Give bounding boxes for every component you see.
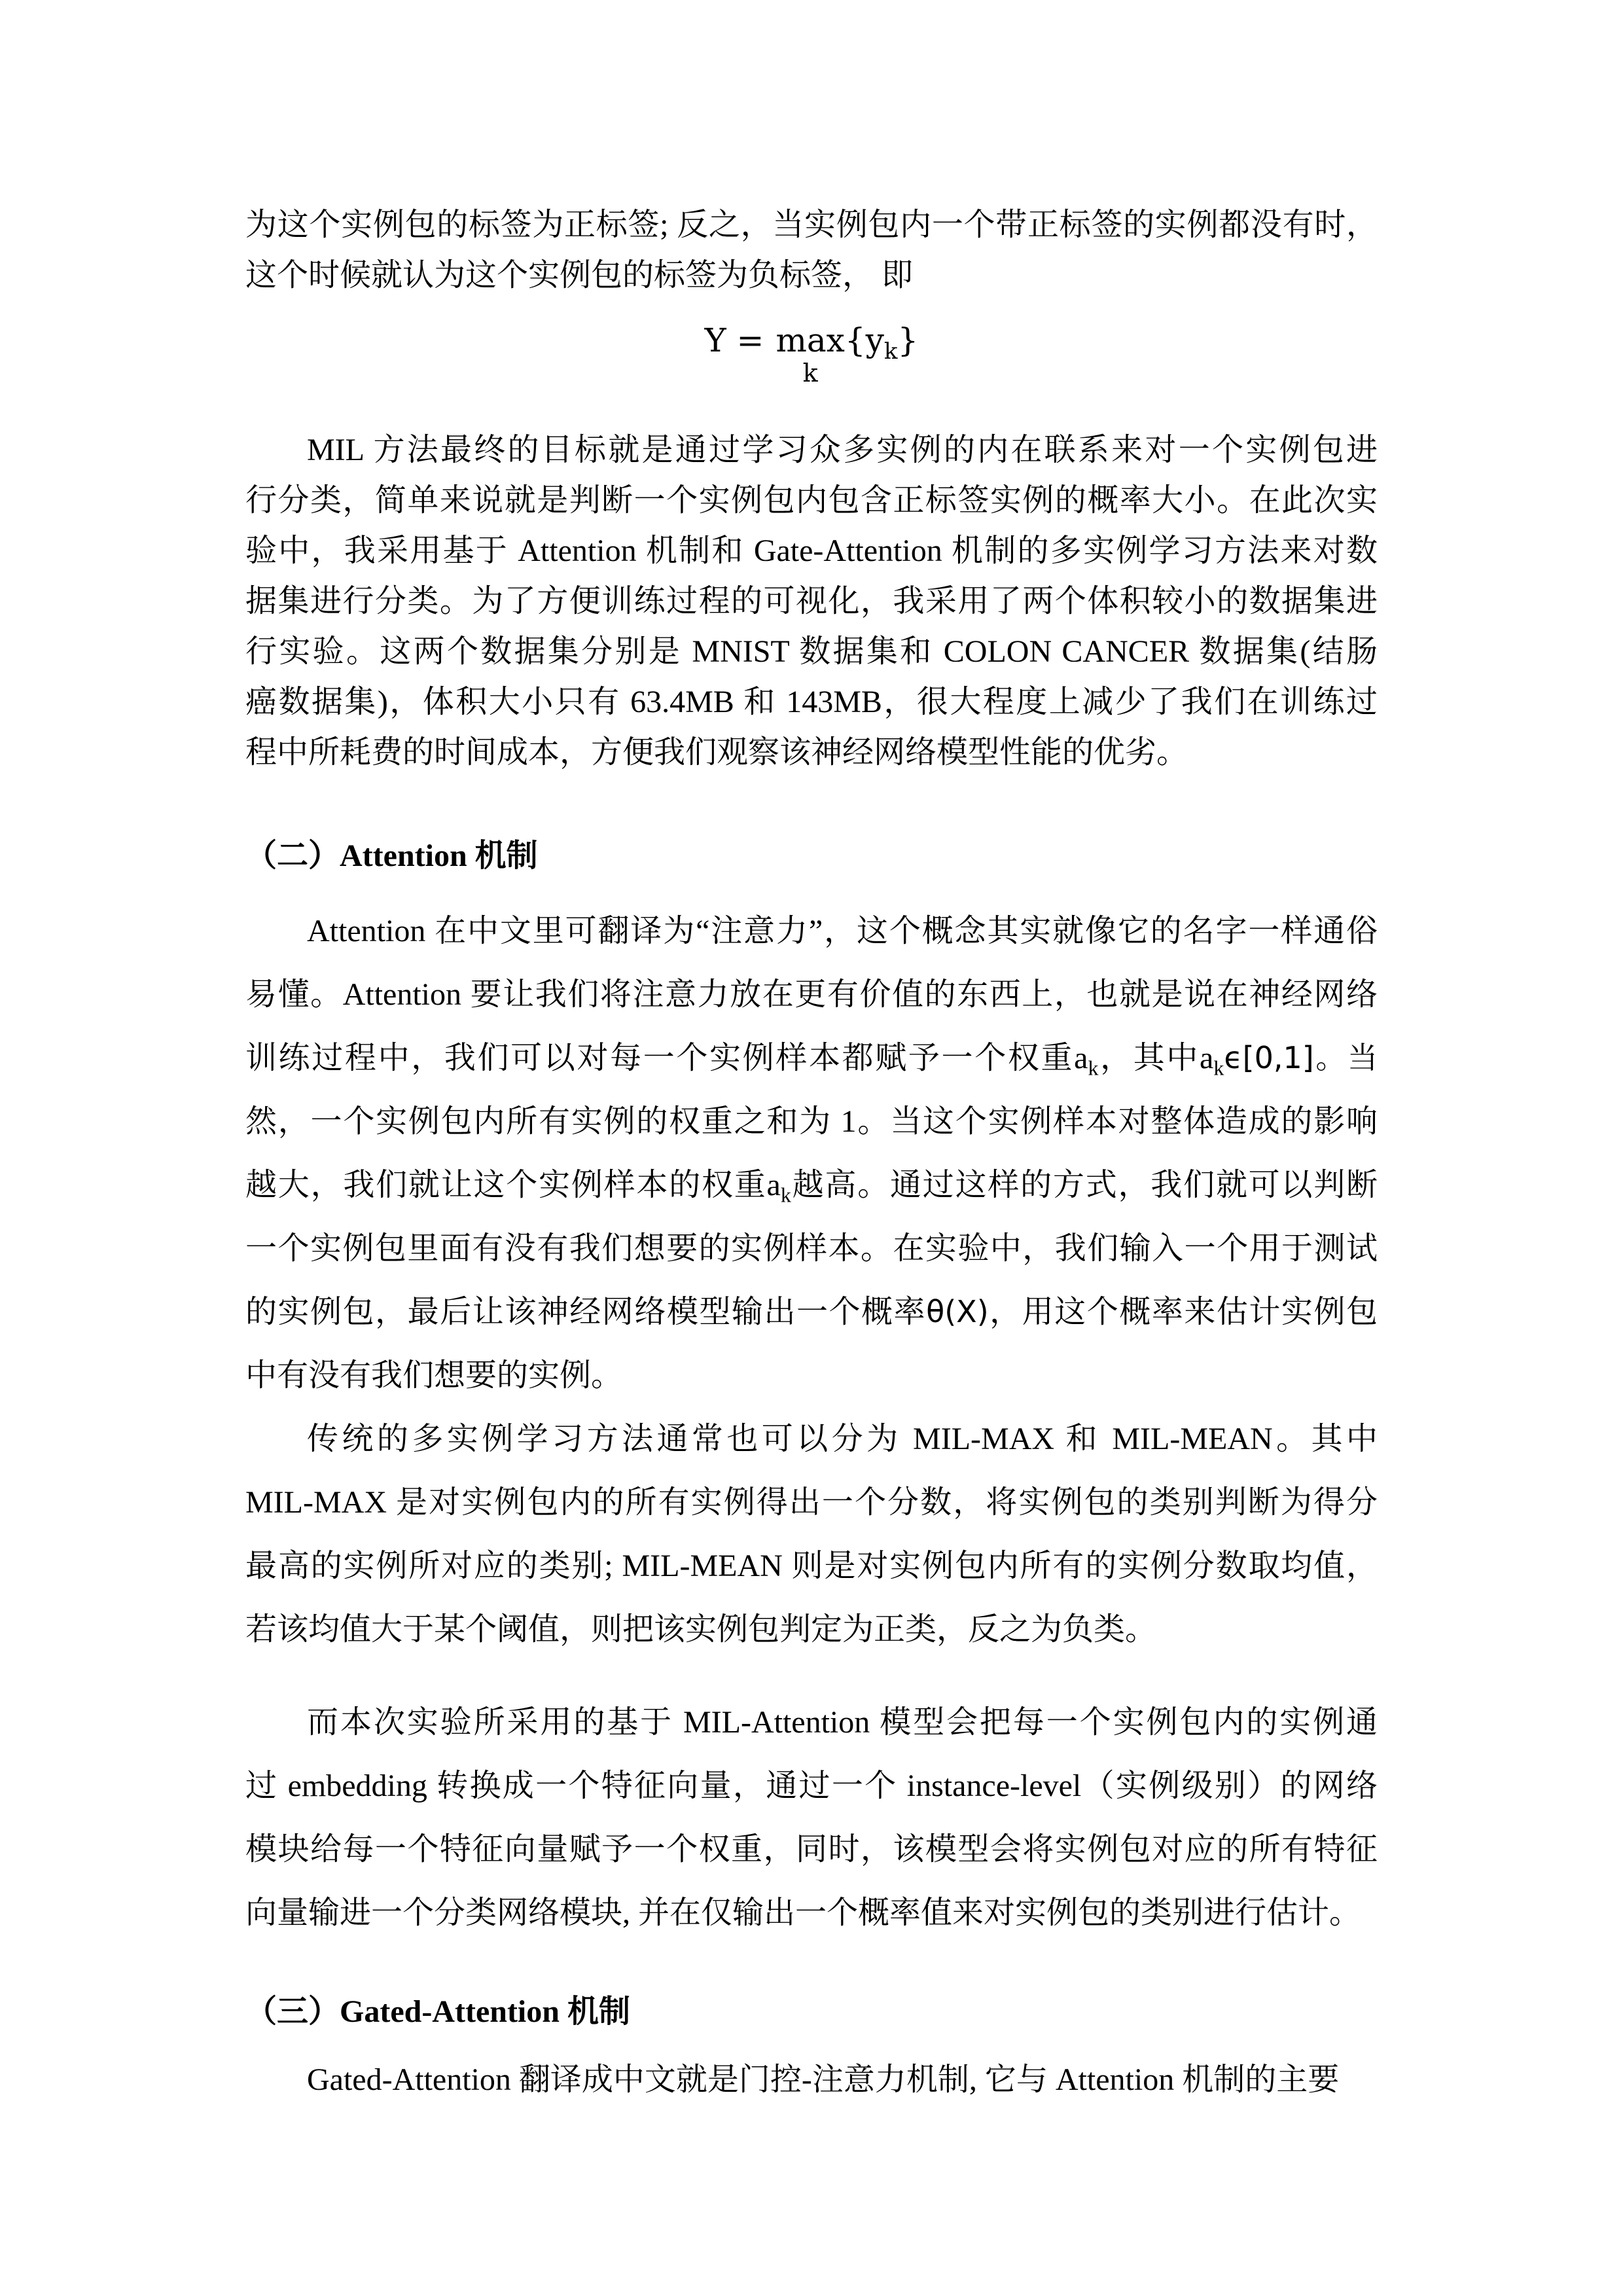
text-line: 行分类，简单来说就是判断一个实例包内包含正标签实例的概率大小。在此次实 [245,475,1378,526]
formula-arg-open: {y [845,321,884,359]
text-line: 而本次实验所采用的基于 MIL-Attention 模型会把每一个实例包内的实例… [245,1691,1378,1754]
text-line: 中有没有我们想要的实例。 [245,1344,1378,1407]
text-line: 程中所耗费的时间成本，方便我们观察该神经网络模型性能的优劣。 [245,727,1378,778]
text-line: 易懂。Attention 要让我们将注意力放在更有价值的东西上，也就是说在神经网… [245,963,1378,1026]
document-page: 为这个实例包的标签为正标签; 反之，当实例包内一个带正标签的实例都没有时， 这个… [0,0,1623,2296]
formula-argument: {yk} [845,320,918,361]
text-line: 过 embedding 转换成一个特征向量，通过一个 instance-leve… [245,1754,1378,1818]
formula-arg-subscript: k [884,338,898,365]
text-line: 传统的多实例学习方法通常也可以分为 MIL-MAX 和 MIL-MEAN。其中 [245,1407,1378,1471]
math-subscript-k: k [1088,1056,1098,1080]
text-line: 一个实例包里面有没有我们想要的实例样本。在实验中，我们输入一个用于测试 [245,1217,1378,1280]
text-line: 为这个实例包的标签为正标签; 反之，当实例包内一个带正标签的实例都没有时， [245,200,1378,250]
text-line: 向量输进一个分类网络模块, 并在仅输出一个概率值来对实例包的类别进行估计。 [245,1881,1378,1945]
paragraph-mil-attention-model: 而本次实验所采用的基于 MIL-Attention 模型会把每一个实例包内的实例… [245,1691,1378,1945]
text-line: 最高的实例所对应的类别; MIL-MEAN 则是对实例包内所有的实例分数取均值， [245,1534,1378,1598]
formula-max-operator: max k [776,320,844,386]
text-line: 行实验。这两个数据集分别是 MNIST 数据集和 COLON CANCER 数据… [245,626,1378,677]
paragraph-attention: Attention 在中文里可翻译为“注意力”，这个概念其实就像它的名字一样通俗… [245,899,1378,1407]
text-line: 越大，我们就让这个实例样本的权重ak越高。通过这样的方式，我们就可以判断 [245,1153,1378,1217]
formula-bag-label: Y = max k {yk} [245,320,1378,386]
section-heading-gated-attention: （三）Gated-Attention 机制 [245,1986,1378,2037]
paragraph-mil-overview: MIL 方法最终的目标就是通过学习众多实例的内在联系来对一个实例包进 行分类，简… [245,425,1378,778]
text-line: 若该均值大于某个阈值，则把该实例包判定为正类，反之为负类。 [245,1598,1378,1661]
text-line: 训练过程中，我们可以对每一个实例样本都赋予一个权重ak，其中akϵ[0,1]。当 [245,1026,1378,1090]
math-subscript-k: k [1213,1056,1224,1080]
text-line: 癌数据集)，体积大小只有 63.4MB 和 143MB，很大程度上减少了我们在训… [245,677,1378,727]
text-line: 验中，我采用基于 Attention 机制和 Gate-Attention 机制… [245,526,1378,576]
text-line: 这个时候就认为这个实例包的标签为负标签， 即 [245,250,1378,300]
math-epsilon-range: ϵ[0,1]。当 [1224,1040,1378,1075]
text-line: Gated-Attention 翻译成中文就是门控-注意力机制, 它与 Atte… [245,2048,1378,2111]
text-line: 然，一个实例包内所有实例的权重之和为 1。当这个实例样本对整体造成的影响 [245,1090,1378,1153]
math-theta-x: θ(X) [926,1294,989,1329]
text-line: MIL 方法最终的目标就是通过学习众多实例的内在联系来对一个实例包进 [245,425,1378,475]
text-line: 的实例包，最后让该神经网络模型输出一个概率θ(X)，用这个概率来估计实例包 [245,1280,1378,1344]
formula-lhs: Y = [705,320,764,361]
text-line: 据集进行分类。为了方便训练过程的可视化，我采用了两个体积较小的数据集进 [245,576,1378,626]
math-subscript-k: k [781,1183,791,1207]
text-line: Attention 在中文里可翻译为“注意力”，这个概念其实就像它的名字一样通俗 [245,899,1378,963]
formula-max-word: max [776,320,844,361]
section-heading-attention: （二）Attention 机制 [245,831,1378,881]
formula-max-subscript: k [803,361,818,386]
text-line: 模块给每一个特征向量赋予一个权重，同时，该模型会将实例包对应的所有特征 [245,1818,1378,1881]
paragraph-intro: 为这个实例包的标签为正标签; 反之，当实例包内一个带正标签的实例都没有时， 这个… [245,200,1378,300]
paragraph-mil-max-mean: 传统的多实例学习方法通常也可以分为 MIL-MAX 和 MIL-MEAN。其中 … [245,1407,1378,1661]
text-line: MIL-MAX 是对实例包内的所有实例得出一个分数，将实例包的类别判断为得分 [245,1471,1378,1534]
formula-arg-close: } [898,321,919,359]
paragraph-gated-attention: Gated-Attention 翻译成中文就是门控-注意力机制, 它与 Atte… [245,2048,1378,2111]
